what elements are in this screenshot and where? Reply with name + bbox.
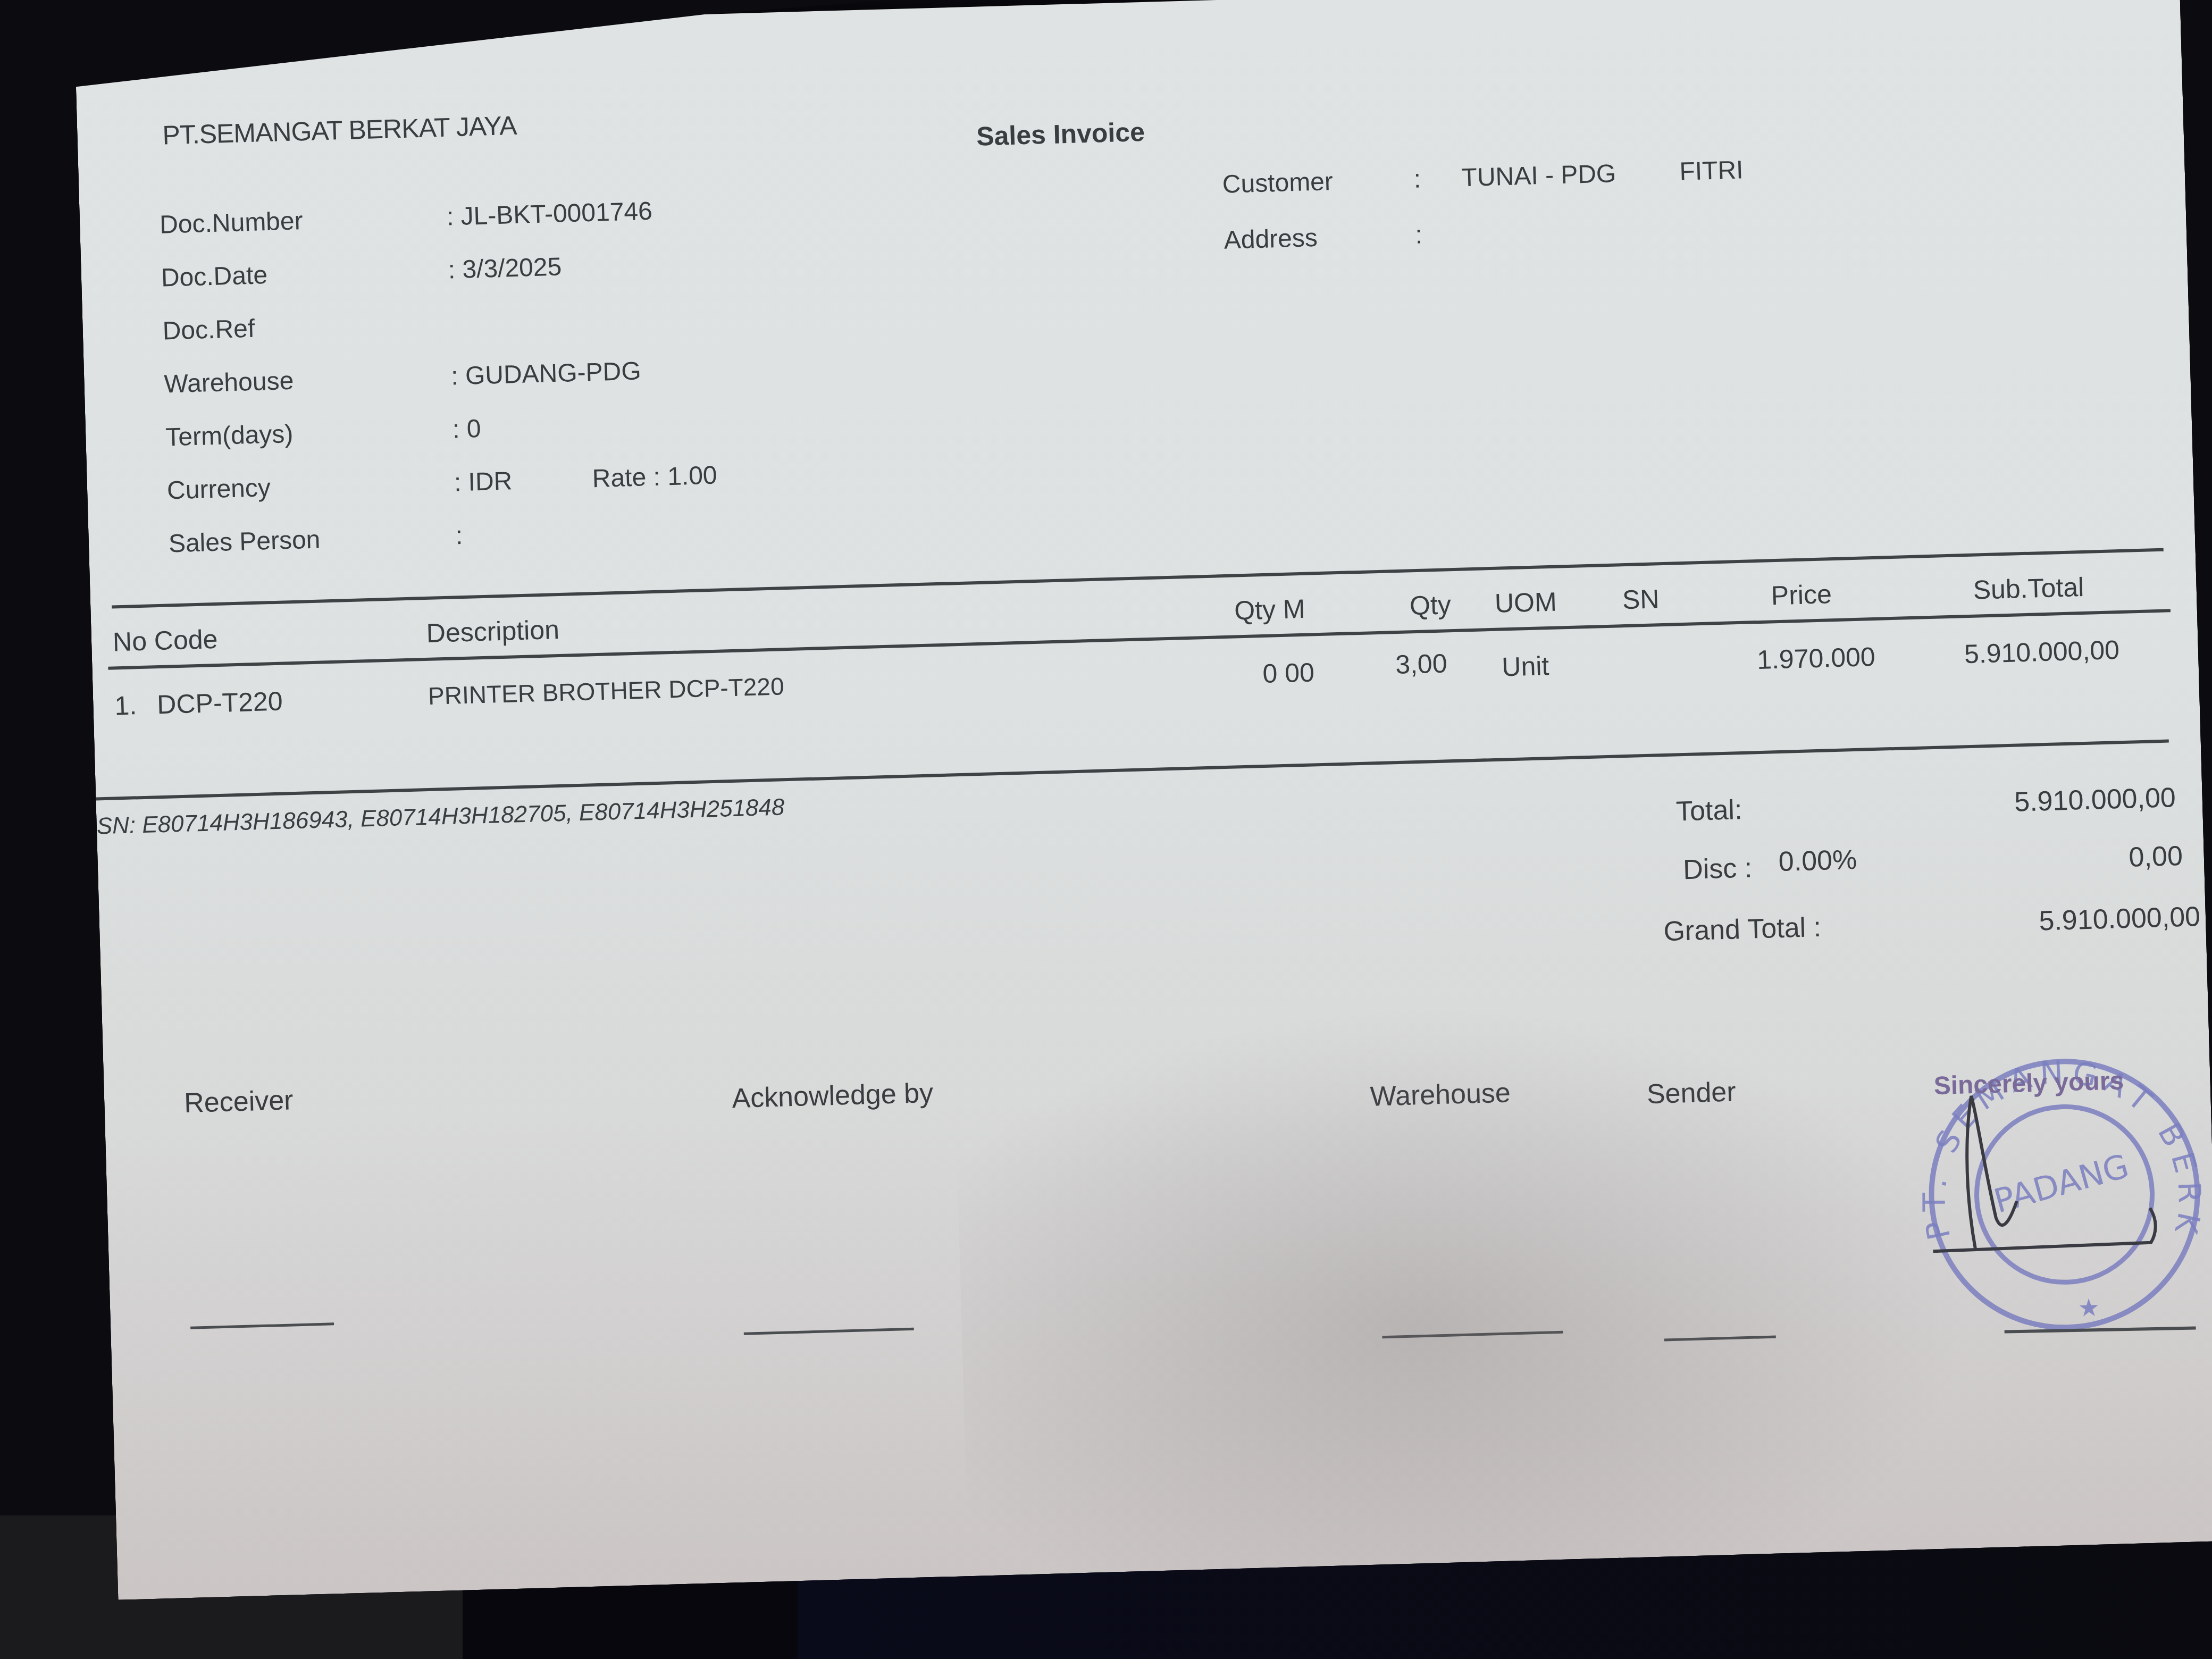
col-description: Description	[426, 614, 560, 649]
meta-value: :	[455, 521, 463, 550]
customer-label: Customer	[1222, 167, 1334, 199]
meta-label: Currency	[166, 473, 271, 505]
table-row: 1. DCP-T220 PRINTER BROTHER DCP-T220 0 0…	[93, 627, 2199, 734]
cell-description: PRINTER BROTHER DCP-T220	[428, 672, 784, 710]
cell-code: DCP-T220	[157, 686, 283, 720]
receiver-label: Receiver	[184, 1084, 294, 1119]
address-row: Address :	[1224, 204, 2022, 263]
document-title: Sales Invoice	[976, 116, 1145, 152]
meta-label: Term(days)	[165, 420, 294, 453]
meta-value: : IDR	[454, 466, 513, 497]
col-qty-m: Qty M	[1234, 593, 1305, 626]
col-price: Price	[1771, 579, 1832, 611]
col-no-code: No Code	[112, 624, 218, 657]
discount-value: 0,00	[2129, 840, 2183, 874]
totals-block: Total: 5.910.000,00 Disc : 0.00% 0,00 Gr…	[1585, 760, 2200, 936]
meta-value: : JL-BKT-0001746	[446, 197, 652, 232]
customer-row: Customer : TUNAI - PDG FITRI	[1222, 148, 2020, 207]
cell-no: 1.	[114, 690, 137, 721]
meta-term-days: Term(days) : 0	[165, 393, 1229, 460]
grand-total-label: Grand Total :	[1663, 911, 1822, 948]
company-stamp: PT. SEMANGAT BERKAT JAYA PADANG ★ Sincer…	[1890, 1035, 2212, 1343]
discount-label: Disc :	[1682, 852, 1753, 886]
stamp-overlay-text: Sincerely yours	[1933, 1067, 2124, 1100]
invoice-paper: PT.SEMANGAT BERKAT JAYA Sales Invoice Do…	[74, 0, 2212, 1600]
meta-doc-number: Doc.Number : JL-BKT-0001746	[159, 181, 1223, 248]
meta-label: Sales Person	[168, 525, 321, 558]
meta-doc-ref: Doc.Ref	[162, 287, 1226, 354]
customer-name: FITRI	[1679, 155, 1744, 186]
meta-sales-person: Sales Person :	[168, 500, 1232, 567]
meta-label: Doc.Date	[161, 261, 268, 293]
total-value: 5.910.000,00	[2014, 782, 2176, 818]
customer-colon: :	[1413, 164, 1421, 194]
acknowledge-signature-line	[744, 1328, 914, 1335]
meta-label: Doc.Ref	[162, 314, 255, 346]
total-label: Total:	[1675, 794, 1742, 827]
exchange-rate: Rate : 1.00	[592, 461, 717, 494]
cell-qty-m: 0 00	[1262, 657, 1315, 689]
col-qty: Qty	[1409, 589, 1451, 621]
sender-label: Sender	[1646, 1076, 1736, 1111]
signature-section: Receiver Acknowledge by Warehouse Sender	[74, 0, 2179, 32]
meta-value: : GUDANG-PDG	[451, 357, 642, 391]
svg-text:★: ★	[2077, 1294, 2100, 1322]
address-colon: :	[1415, 220, 1423, 249]
col-uom: UOM	[1494, 586, 1557, 619]
svg-text:PT. SEMANGAT BERKAT JAYA: PT. SEMANGAT BERKAT JAYA	[1890, 1035, 2209, 1252]
cell-subtotal: 5.910.000,00	[1964, 634, 2119, 669]
stamp-seal-icon: PT. SEMANGAT BERKAT JAYA PADANG ★ Sincer…	[1890, 1035, 2212, 1343]
company-name: PT.SEMANGAT BERKAT JAYA	[162, 110, 517, 151]
meta-currency: Currency : IDR Rate : 1.00	[166, 447, 1230, 514]
address-label: Address	[1224, 223, 1318, 255]
stamp-outer-text: PT. SEMANGAT BERKAT JAYA	[1890, 1035, 2209, 1252]
col-subtotal: Sub.Total	[1973, 572, 2084, 606]
cell-uom: Unit	[1502, 650, 1550, 682]
meta-warehouse: Warehouse : GUDANG-PDG	[164, 340, 1228, 407]
warehouse-signature-line	[1382, 1331, 1563, 1338]
cell-qty: 3,00	[1395, 648, 1447, 680]
meta-label: Doc.Number	[159, 206, 303, 240]
cell-price: 1.970.000	[1756, 641, 1875, 675]
discount-percent: 0.00%	[1778, 844, 1857, 878]
meta-doc-date: Doc.Date : 3/3/2025	[161, 234, 1225, 301]
grand-total-value: 5.910.000,00	[2039, 901, 2201, 937]
meta-value: : 3/3/2025	[448, 253, 562, 285]
acknowledge-label: Acknowledge by	[732, 1077, 934, 1115]
warehouse-label: Warehouse	[1370, 1077, 1511, 1112]
stamp-center-text: PADANG	[1990, 1146, 2133, 1221]
col-sn: SN	[1622, 583, 1660, 615]
receiver-signature-line	[190, 1322, 334, 1329]
sender-signature-line	[1664, 1336, 1776, 1342]
customer-value: TUNAI - PDG	[1461, 159, 1616, 192]
meta-value: : 0	[452, 414, 481, 444]
meta-label: Warehouse	[164, 366, 294, 399]
